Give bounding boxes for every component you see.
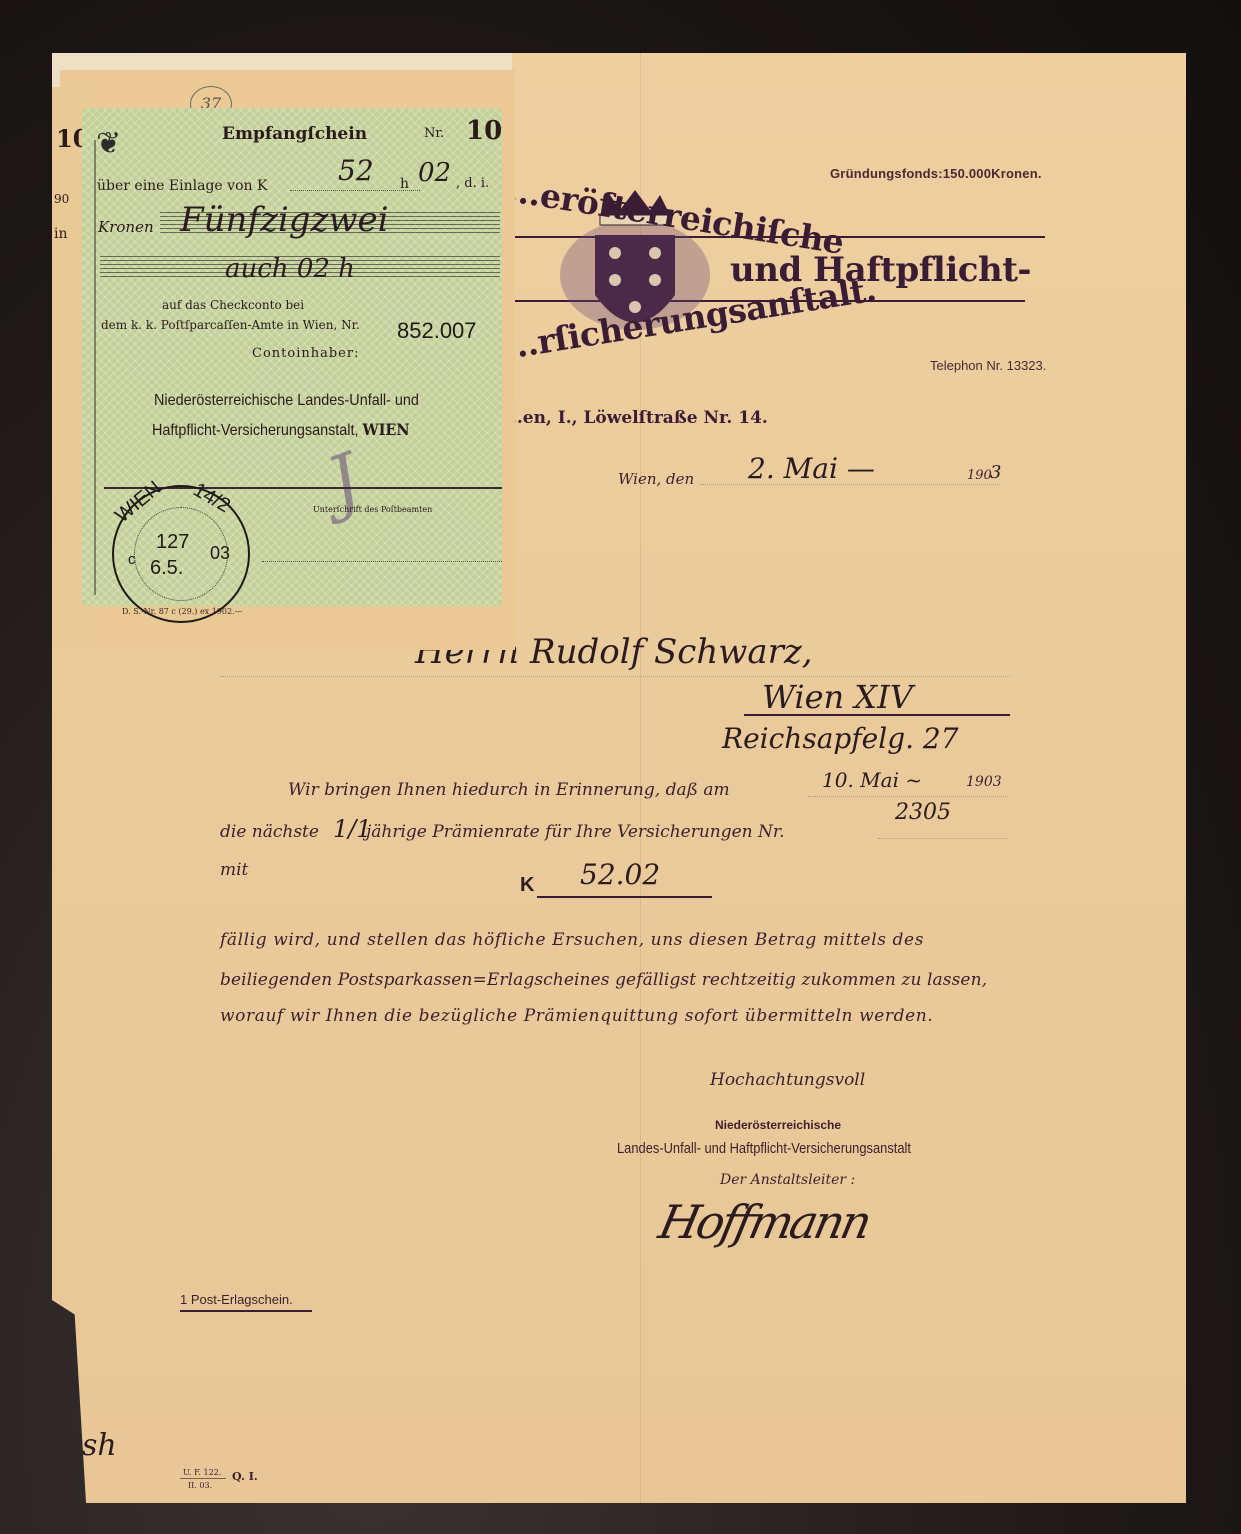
- date-prefix: Wien, den: [618, 470, 694, 488]
- founding-fund: Gründungsfonds:150.000Kronen.: [830, 166, 1042, 181]
- body-line-3: mit: [220, 860, 248, 880]
- due-date-handwritten: 10. Mai ~: [822, 768, 922, 792]
- receipt-di-label: , d. i.: [456, 176, 489, 191]
- date-year-printed: 190: [967, 468, 992, 483]
- body-line-6: worauf wir Ihnen die bezügliche Prämienq…: [220, 1006, 933, 1026]
- underlying-sheet-90: 90: [54, 192, 69, 206]
- receipt-border-rule: [94, 140, 96, 595]
- underlying-sheet-in: in: [54, 226, 68, 242]
- margin-initial: sh: [82, 1428, 117, 1463]
- receipt-signature-label: Unterſchrift des Poſtbeamten: [313, 505, 432, 514]
- receipt-holder-label: Contoinhaber:: [252, 346, 359, 361]
- director-title: Der Anstaltsleiter :: [720, 1172, 855, 1188]
- receipt-account-line-2: dem k. k. Poſtſparcaſſen-Amte in Wien, N…: [101, 318, 360, 332]
- amount-currency-label: K: [520, 874, 534, 897]
- body-line-4: fällig wird, und stellen das höfliche Er…: [220, 930, 924, 950]
- addressee-rule: [744, 714, 1010, 716]
- receipt-amount-kronen: 52: [338, 154, 374, 187]
- addressee-dotted-line: [220, 676, 1010, 677]
- policy-number: 2305: [895, 800, 951, 825]
- body-line-2-post: jährige Prämienrate für Ihre Versicherun…: [366, 822, 785, 842]
- postmark-year: 03: [210, 543, 230, 564]
- enclosure-underline: [180, 1310, 312, 1312]
- receipt-amount-words-2: auch 02 h: [225, 254, 355, 284]
- receipt-holder-city: WIEN: [363, 420, 410, 439]
- telephone-number: Telephon Nr. 13323.: [930, 358, 1046, 373]
- postmark-stamp: WIEN 14/2 127 c 6.5. 03: [112, 485, 250, 623]
- date-handwritten: 2. Mai —: [748, 452, 875, 485]
- date-year-handwritten: 3: [990, 462, 1001, 483]
- receipt-signature-dotted-line: [262, 561, 502, 562]
- double-headed-eagle-icon: ❦: [96, 126, 121, 161]
- receipt-holder-line-1: Niederösterreichische Landes-Unfall- und: [154, 392, 419, 410]
- postmark-date: 6.5.: [150, 557, 183, 580]
- addressee-street: Reichsapfelg. 27: [722, 722, 959, 755]
- underlying-sheet-edge: [52, 87, 86, 647]
- addressee-city: Wien XIV: [762, 678, 913, 716]
- org-name-line-1: Niederösterreichische: [715, 1118, 841, 1132]
- form-code-q: Q. I.: [232, 1470, 258, 1483]
- receipt-account-number: 852.007: [397, 318, 477, 344]
- amount-underline: [537, 896, 712, 898]
- org-name-line-2: Landes-Unfall- und Haftpflicht-Versicher…: [617, 1140, 911, 1157]
- receipt-title: Empfangſchein: [222, 124, 367, 144]
- body-line-5: beiliegenden Postsparkassen=Erlagscheine…: [220, 970, 987, 990]
- receipt-nr: 10: [466, 116, 502, 146]
- due-date-dotted-line: [808, 796, 1008, 797]
- postmark-letter: c: [128, 551, 136, 568]
- receipt-account-line-1: auf das Checkconto bei: [162, 298, 304, 312]
- receipt-deposit-label: über eine Einlage von K: [97, 178, 267, 194]
- director-signature: Hoffmann: [654, 1195, 874, 1249]
- policy-dotted-line: [878, 838, 1008, 839]
- receipt-kronen-label: Kronen: [98, 218, 154, 236]
- receipt-holder-line-2: Haftpflicht-Versicherungsanstalt, WIEN: [152, 420, 410, 440]
- receipt-holder-name: Haftpflicht-Versicherungsanstalt,: [152, 422, 359, 439]
- enclosure-note: 1 Post-Erlagschein.: [180, 1292, 293, 1307]
- form-code-divider: [180, 1478, 226, 1479]
- closing-salutation: Hochachtungsvoll: [710, 1070, 865, 1090]
- receipt-amount-heller: 02: [418, 158, 451, 188]
- receipt-amount-words-1: Fünfzigzwei: [180, 200, 389, 240]
- amount-handwritten: 52.02: [580, 858, 660, 891]
- company-address: ...en, I., Löwelſtraße Nr. 14.: [505, 408, 768, 428]
- receipt-nr-label: Nr.: [424, 126, 444, 141]
- receipt-heller-label: h: [400, 176, 409, 192]
- postmark-number: 127: [156, 531, 189, 554]
- due-year: 1903: [966, 774, 1002, 790]
- body-line-1: Wir bringen Ihnen hiedurch in Erinnerung…: [288, 780, 730, 800]
- form-code-top: U. F. 122.: [183, 1468, 221, 1477]
- body-line-2-pre: die nächste: [220, 822, 319, 842]
- form-code-bottom: II. 03.: [188, 1481, 212, 1490]
